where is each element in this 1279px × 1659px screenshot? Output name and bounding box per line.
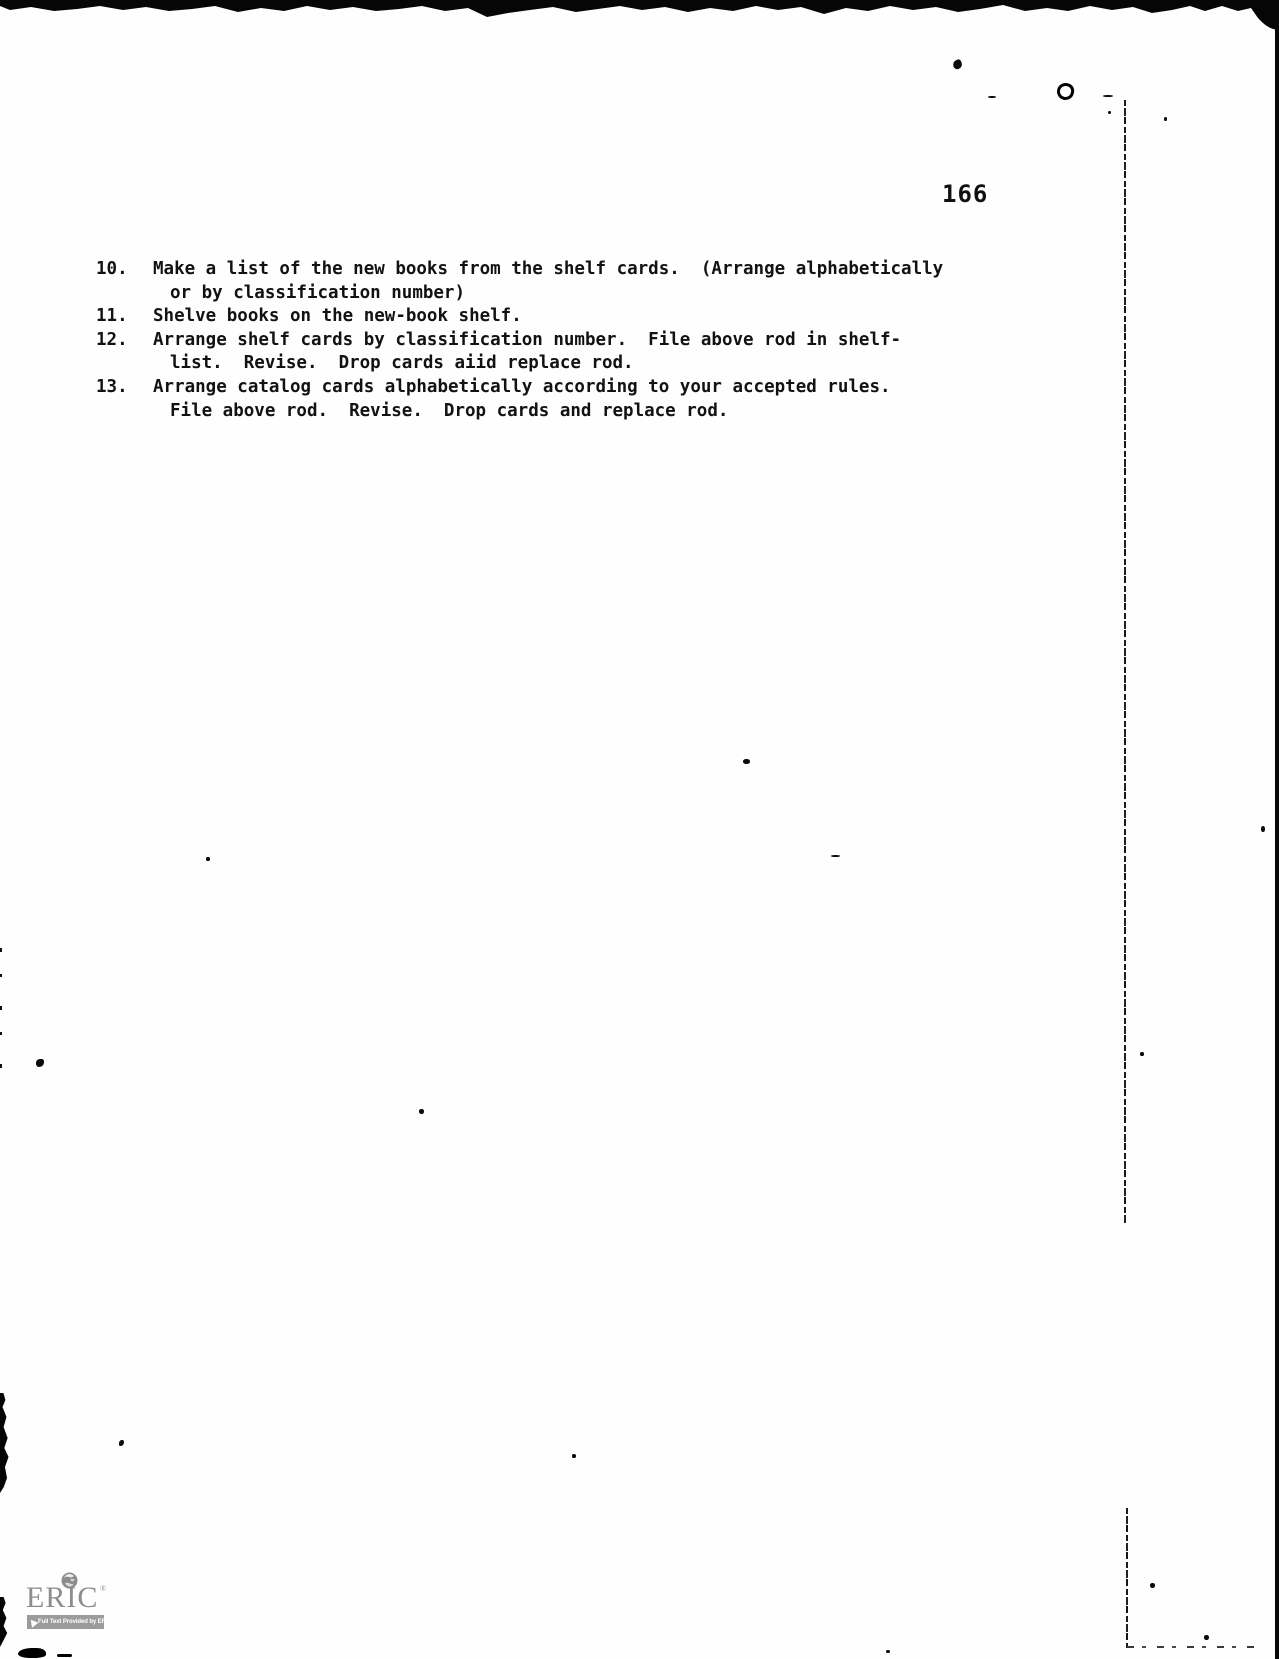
ink-speck: [1150, 1583, 1155, 1588]
eric-tagline: Full Text Provided by ERIC: [38, 1619, 112, 1625]
list-item-text: or by classification number): [153, 282, 943, 306]
scan-artifact-bottom-dashes: [1127, 1646, 1255, 1648]
scan-artifact-fold-line: [1126, 1508, 1128, 1648]
scan-artifact-bottom-left-blob: [18, 1648, 46, 1658]
eric-banner: Full Text Provided by ERIC: [27, 1615, 104, 1629]
list-item-text: Shelve books on the new-book shelf.: [153, 305, 943, 329]
ink-speck: [36, 1059, 44, 1067]
ink-speck: [572, 1454, 576, 1458]
list-item: 11. Shelve books on the new-book shelf.: [96, 305, 943, 329]
scan-artifact-top-band: [0, 0, 1279, 32]
ink-speck: [119, 1440, 124, 1446]
list-item: 13. Arrange catalog cards alphabetically…: [96, 376, 943, 423]
page-number: 166: [942, 180, 988, 208]
ink-speck: [419, 1109, 424, 1114]
list-item-text: Arrange shelf cards by classification nu…: [153, 329, 943, 353]
list-item-text: Arrange catalog cards alphabetically acc…: [153, 376, 943, 400]
list-item-text: File above rod. Revise. Drop cards and r…: [153, 400, 943, 424]
scan-artifact-right-border: [1275, 0, 1279, 1659]
ink-ring-mark: [1055, 81, 1075, 101]
registered-mark: ®: [100, 1584, 106, 1593]
ink-speck: [1261, 826, 1265, 832]
ink-speck: [886, 1650, 890, 1653]
scan-artifact-left-blob: [0, 1597, 8, 1647]
ink-speck: [988, 96, 996, 98]
ink-speck: [1140, 1052, 1144, 1056]
ink-speck: [1204, 1635, 1209, 1640]
document-page: 166 10. Make a list of the new books fro…: [0, 0, 1279, 1659]
ink-speck: [743, 759, 750, 764]
arrow-icon: [28, 1617, 39, 1627]
scan-artifact-left-ticks: [0, 948, 2, 1078]
list-item-text: list. Revise. Drop cards aiid replace ro…: [153, 352, 943, 376]
ink-speck: [831, 855, 840, 857]
list-item-number: 11.: [96, 305, 153, 329]
list-item-text: Make a list of the new books from the sh…: [153, 258, 943, 282]
ink-speck: [1108, 111, 1111, 114]
scan-artifact-left-blob: [0, 1393, 9, 1493]
numbered-list: 10. Make a list of the new books from th…: [96, 258, 943, 423]
list-item-number: 13.: [96, 376, 153, 400]
ink-speck: [1103, 95, 1113, 97]
list-item-number: 12.: [96, 329, 153, 353]
eric-logo: ERIC ® Full Text Provided by ERIC: [24, 1566, 108, 1632]
scan-artifact-fold-line: [1124, 100, 1126, 1224]
ink-speck: [952, 59, 964, 71]
list-item: 12. Arrange shelf cards by classificatio…: [96, 329, 943, 376]
eric-wordmark: ERIC: [26, 1583, 106, 1613]
ink-speck: [206, 857, 210, 861]
ink-speck: [1164, 117, 1167, 121]
list-item-number: 10.: [96, 258, 153, 282]
list-item: 10. Make a list of the new books from th…: [96, 258, 943, 305]
scan-artifact-bottom-left-dash: [57, 1654, 72, 1657]
